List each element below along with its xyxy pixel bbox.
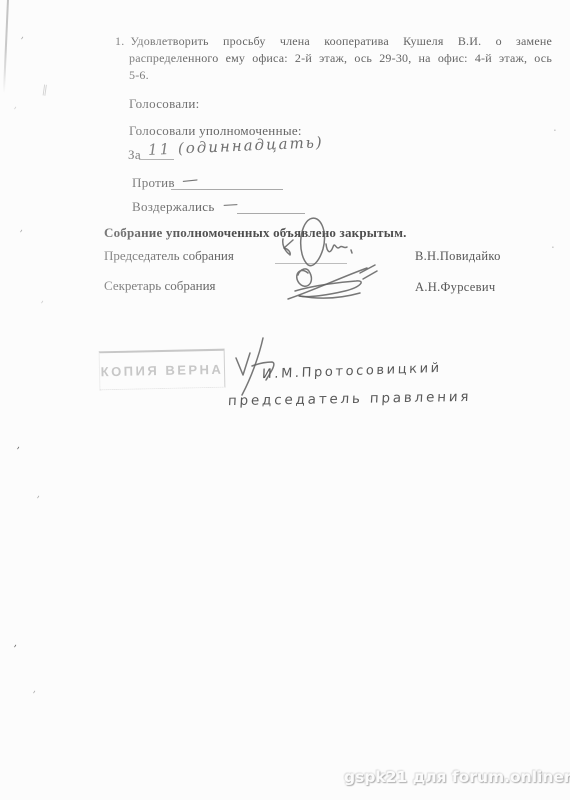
vote-abstained-value-handwritten: — [223,195,239,214]
scan-artifact-fold-line [3,0,9,93]
scan-artifact-speck: , [13,100,18,110]
resolution-number: 1. [115,34,130,48]
watermark: gspk21 для forum.onliner.by [344,768,570,786]
signer-name-chairman: В.Н.Повидайко [415,249,501,264]
handwritten-name: И.М.Протосовицкий [262,361,442,382]
handwritten-title: председатель правления [228,389,472,409]
vote-abstained-label: Воздержались [132,199,215,215]
resolution-line: распределенного ему офиса: 2-й этаж, ось… [115,50,552,67]
chairman-signature [283,218,352,266]
scan-artifact-speck: , [40,294,45,304]
stamp-text: КОПИЯ ВЕРНА [101,361,224,379]
vote-against-value-handwritten: — [181,169,199,190]
vote-for-label: За [128,147,141,163]
voting-label: Голосовали: [129,96,200,112]
signer-role-secretary: Секретарь собрания [104,278,216,294]
scanned-document-page: , ‖ , , , , , , , · · 1.Удовлетворить пр… [0,0,570,800]
scan-artifact-speck: · [550,243,555,253]
signer-role-chairman: Председатель собрания [104,248,234,264]
scan-artifact-speck: , [32,684,37,694]
scan-artifact-speck: · [552,126,557,136]
resolution-line: 1.Удовлетворить просьбу члена кооператив… [115,33,552,50]
signer-name-secretary: А.Н.Фурсевич [415,280,495,295]
copy-verified-stamp: КОПИЯ ВЕРНА [99,349,226,391]
scan-artifact-speck: , [36,489,41,499]
secretary-signature [288,265,377,299]
chairman-and-secretary-signatures [270,203,400,308]
scan-artifact-speck: , [19,223,24,233]
scan-artifact-speck: , [13,638,18,648]
resolution-item: 1.Удовлетворить просьбу члена кооператив… [115,33,552,84]
scan-artifact-speck: , [20,30,25,40]
resolution-text: Удовлетворить просьбу члена кооператива … [130,34,552,48]
scan-artifact-speck: , [16,440,21,450]
scan-artifact-speck: ‖ [41,85,48,96]
resolution-line: 5-6. [115,67,552,84]
vote-against-label: Против [132,175,175,191]
